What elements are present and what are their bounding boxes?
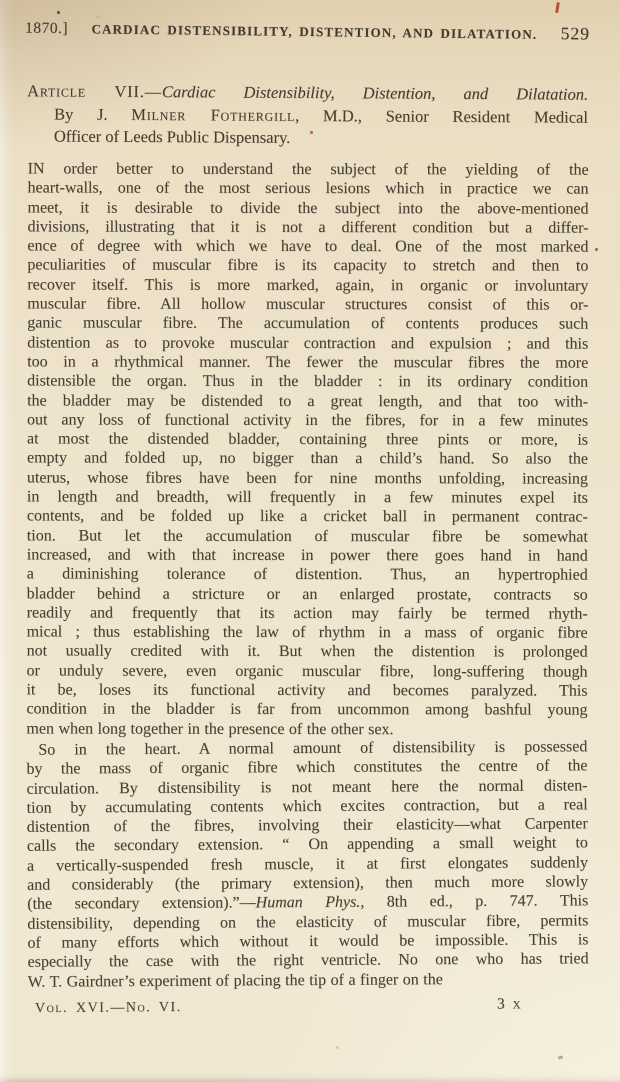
text-segment: heart-walls, one of the most serious les… [28, 180, 589, 198]
text-segment: So in the heart. A normal amount of dist… [38, 738, 587, 758]
text-line: peculiarities of muscular fibre is its c… [27, 256, 588, 276]
author-name: Milner Fothergill [131, 104, 295, 124]
text-line: divisions, illustrating that it is not a… [27, 217, 588, 237]
paragraph: IN order better to understand the subjec… [26, 159, 588, 739]
article-heading: Article VII.—Cardiac Distensibility, Dis… [27, 80, 588, 151]
text-segment: distensible the organ. Thus in the bladd… [27, 373, 588, 391]
text-segment: increased, and with that increase in pow… [27, 546, 588, 564]
text-segment: a diminishing tolerance of distention. T… [27, 566, 588, 584]
text-segment: empty and folded up, no bigger than a ch… [27, 450, 588, 468]
text-segment: mical ; thus establishing the law of rhy… [27, 624, 588, 642]
article-title-line: Article VII.—Cardiac Distensibility, Dis… [27, 80, 588, 106]
paragraph: So in the heart. A normal amount of dist… [26, 737, 589, 991]
text-segment: men when long together in the presence o… [26, 720, 393, 738]
article-number: Article VII.— [27, 81, 162, 101]
text-segment: , 8th ed., p. 747. This [360, 893, 588, 911]
text-segment: meet, it is desirable to divide the subj… [27, 199, 588, 217]
text-segment: out any loss of functional activity in t… [27, 411, 588, 429]
byline-suffix: , M.D., Senior Resident Medical [295, 105, 588, 126]
text-segment: peculiarities of muscular fibre is its c… [27, 257, 588, 275]
text-line: not usually credited with it. But when t… [27, 642, 588, 662]
text-line: distention as to provoke muscular contra… [27, 333, 588, 353]
page-footer: Vol. XVI.—No. VI. 3 x [27, 995, 588, 1019]
running-head: 1870.] CARDIAC DISTENSIBILITY, DISTENTIO… [25, 17, 590, 45]
text-segment: not usually credited with it. But when t… [27, 643, 588, 661]
volume-info: Vol. XVI.—No. VI. [35, 1000, 182, 1017]
article-title-italic: Cardiac Distensibility, Distention, and … [162, 82, 588, 104]
header-page-number: 529 [561, 23, 591, 44]
text-segment: ence of degree with which we have to dea… [27, 238, 588, 256]
text-line: a diminishing tolerance of distention. T… [27, 565, 588, 585]
text-line: or unduly severe, even organic muscular … [27, 661, 588, 681]
text-line: readily and frequently that its action m… [27, 603, 588, 623]
text-segment: too in a rhythmical manner. The fewer th… [27, 353, 588, 371]
text-segment: calls the secondary extension. “ On appe… [27, 835, 588, 855]
scan-speck [336, 1046, 339, 1049]
text-segment: the bladder may be distended to a great … [27, 392, 588, 410]
text-line: it be, loses its functional activity and… [26, 680, 587, 700]
text-segment: a vertically-suspended fresh muscle, it … [27, 854, 588, 874]
text-segment: IN order better to understand the subjec… [28, 160, 589, 178]
text-line: IN order better to understand the subjec… [28, 159, 589, 179]
text-segment: readily and frequently that its action m… [27, 604, 588, 622]
article-byline-line2: Officer of Leeds Public Dispensary. [27, 125, 588, 151]
text-segment: distention of the fibres, involving thei… [27, 815, 588, 835]
byline-prefix: By J. [54, 104, 131, 123]
text-line: especially the case with the right ventr… [28, 949, 589, 972]
text-segment: especially the case with the right ventr… [28, 950, 589, 970]
text-segment: distensibility, depending on the elastic… [27, 912, 588, 932]
text-segment: in length and breadth, will frequently i… [27, 488, 588, 506]
text-line: mical ; thus establishing the law of rhy… [27, 623, 588, 643]
text-line: uterus, whose fibres have been for nine … [27, 468, 588, 488]
text-segment: it be, loses its functional activity and… [26, 681, 587, 699]
text-segment: distention as to provoke muscular contra… [27, 334, 588, 352]
text-line: W. T. Gairdner’s experiment of placing t… [28, 969, 589, 992]
text-segment: uterus, whose fibres have been for nine … [27, 469, 588, 487]
text-segment: bladder behind a stricture or an enlarge… [27, 585, 588, 603]
text-line: empty and folded up, no bigger than a ch… [27, 449, 588, 469]
scan-speck [558, 1055, 564, 1060]
scanned-page: 1870.] CARDIAC DISTENSIBILITY, DISTENTIO… [0, 0, 620, 1082]
body-text: IN order better to understand the subjec… [27, 160, 588, 990]
text-segment: circulation. By distensibility is not me… [26, 777, 587, 797]
scan-speck [595, 248, 598, 251]
text-line: in length and breadth, will frequently i… [27, 487, 588, 507]
text-line: men when long together in the presence o… [26, 719, 587, 739]
text-segment: W. T. Gairdner’s experiment of placing t… [28, 971, 443, 991]
text-line: increased, and with that increase in pow… [27, 545, 588, 565]
scan-speck [531, 440, 534, 443]
text-line: out any loss of functional activity in t… [27, 410, 588, 430]
header-running-title: CARDIAC DISTENSIBILITY, DISTENTION, AND … [68, 21, 561, 43]
header-year: 1870.] [25, 20, 68, 39]
text-segment: ganic muscular fibre. The accumulation o… [27, 315, 588, 333]
text-segment: or unduly severe, even organic muscular … [27, 662, 588, 680]
text-line: ence of degree with which we have to dea… [27, 237, 588, 257]
text-segment: contents, and be folded up like a cricke… [27, 508, 588, 526]
text-segment: condition in the bladder is far from unc… [26, 701, 587, 719]
text-segment: at most the distended bladder, containin… [27, 431, 588, 449]
text-segment: divisions, illustrating that it is not a… [27, 218, 588, 236]
text-segment: and considerably (the primary extension)… [27, 873, 588, 893]
text-line: distensible the organ. Thus in the bladd… [27, 372, 588, 392]
scan-speck [310, 131, 313, 134]
text-line: at most the distended bladder, containin… [27, 430, 588, 450]
text-line: tion. But let the accumulation of muscul… [27, 526, 588, 546]
text-line: recover itself. This is more marked, aga… [27, 275, 588, 295]
scan-speck [96, 16, 99, 18]
scan-speck [57, 11, 60, 14]
text-line: heart-walls, one of the most serious les… [28, 179, 589, 199]
text-segment: by the mass of organic fibre which const… [26, 757, 587, 777]
text-segment: tion. But let the accumulation of muscul… [27, 527, 588, 545]
text-line: condition in the bladder is far from unc… [26, 700, 587, 720]
scan-speck [555, 2, 559, 13]
text-line: meet, it is desirable to divide the subj… [27, 198, 588, 218]
text-segment: muscular fibre. All hollow muscular stru… [27, 295, 588, 313]
text-line: bladder behind a stricture or an enlarge… [27, 584, 588, 604]
text-line: muscular fibre. All hollow muscular stru… [27, 294, 588, 314]
text-line: too in a rhythmical manner. The fewer th… [27, 352, 588, 372]
text-segment: recover itself. This is more marked, aga… [27, 276, 588, 294]
text-line: ganic muscular fibre. The accumulation o… [27, 314, 588, 334]
signature-mark: 3 x [497, 995, 523, 1013]
text-segment: (the secondary extension).”— [27, 895, 255, 913]
italic-citation: Human Phys. [256, 894, 361, 912]
text-line: the bladder may be distended to a great … [27, 391, 588, 411]
text-segment: of many efforts which without it would b… [27, 931, 588, 951]
text-segment: tion by accumulating contents which exci… [27, 796, 588, 816]
text-line: contents, and be folded up like a cricke… [27, 507, 588, 527]
